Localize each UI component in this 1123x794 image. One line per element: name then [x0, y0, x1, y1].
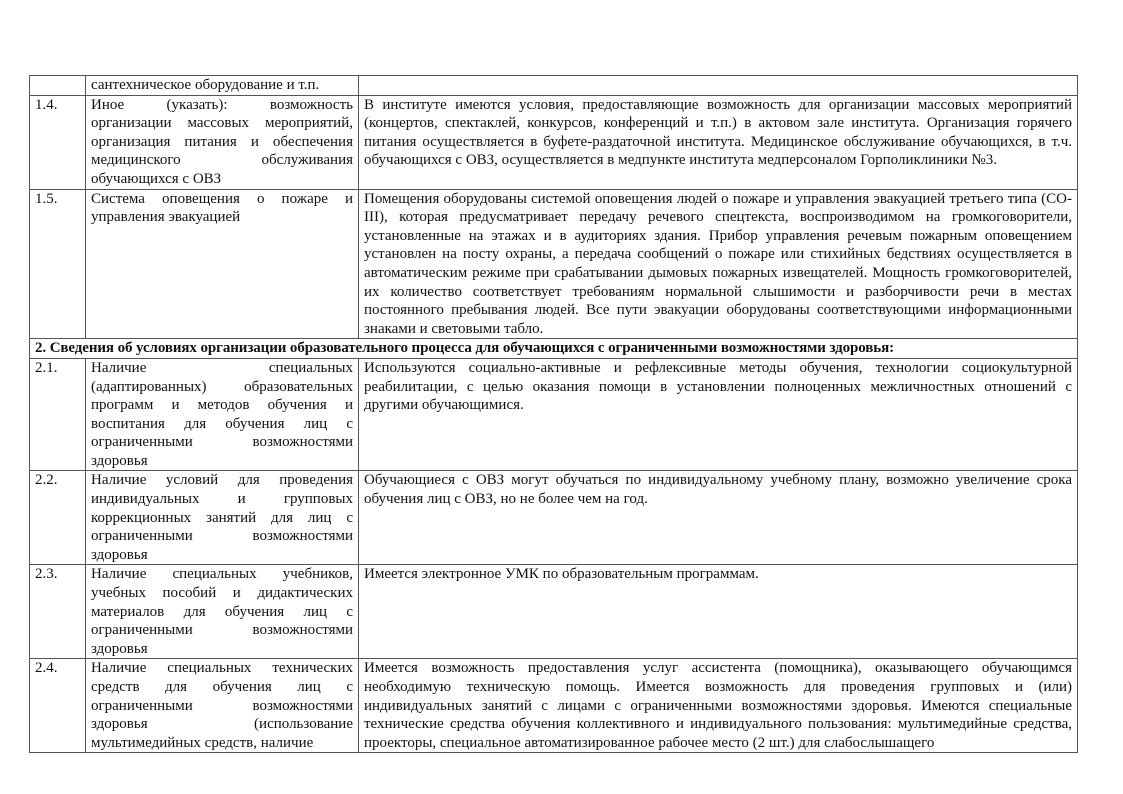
row-number: [30, 76, 86, 96]
row-description: В институте имеются условия, предоставля…: [359, 95, 1078, 189]
row-number: 2.4.: [30, 659, 86, 753]
accessibility-conditions-table: сантехническое оборудование и т.п. 1.4. …: [29, 75, 1078, 753]
row-label: Система оповещения о пожаре и управления…: [86, 189, 359, 339]
table-row-2-2: 2.2. Наличие условий для проведения инди…: [30, 471, 1078, 565]
table-row-continued: сантехническое оборудование и т.п.: [30, 76, 1078, 96]
row-description: [359, 76, 1078, 96]
row-number: 1.4.: [30, 95, 86, 189]
table-row-1-4: 1.4. Иное (указать): возможность организ…: [30, 95, 1078, 189]
row-description: Имеется электронное УМК по образовательн…: [359, 565, 1078, 659]
row-description: Помещения оборудованы системой оповещени…: [359, 189, 1078, 339]
row-number: 2.2.: [30, 471, 86, 565]
row-label: Наличие условий для проведения индивидуа…: [86, 471, 359, 565]
row-label: Наличие специальных (адаптированных) обр…: [86, 358, 359, 471]
table-row-2-4: 2.4. Наличие специальных технических сре…: [30, 659, 1078, 753]
row-description: Обучающиеся с ОВЗ могут обучаться по инд…: [359, 471, 1078, 565]
row-description: Используются социально-активные и рефлек…: [359, 358, 1078, 471]
document-page: сантехническое оборудование и т.п. 1.4. …: [29, 75, 1078, 753]
row-number: 1.5.: [30, 189, 86, 339]
row-number: 2.1.: [30, 358, 86, 471]
section-2-heading: 2. Сведения об условиях организации обра…: [30, 339, 1078, 359]
row-label: Наличие специальных технических средств …: [86, 659, 359, 753]
row-label: Наличие специальных учебников, учебных п…: [86, 565, 359, 659]
row-label: Иное (указать): возможность организации …: [86, 95, 359, 189]
table-row-2-3: 2.3. Наличие специальных учебников, учеб…: [30, 565, 1078, 659]
section-heading-row: 2. Сведения об условиях организации обра…: [30, 339, 1078, 359]
row-description: Имеется возможность предоставления услуг…: [359, 659, 1078, 753]
row-number: 2.3.: [30, 565, 86, 659]
row-label: сантехническое оборудование и т.п.: [86, 76, 359, 96]
table-row-2-1: 2.1. Наличие специальных (адаптированных…: [30, 358, 1078, 471]
table-row-1-5: 1.5. Система оповещения о пожаре и управ…: [30, 189, 1078, 339]
